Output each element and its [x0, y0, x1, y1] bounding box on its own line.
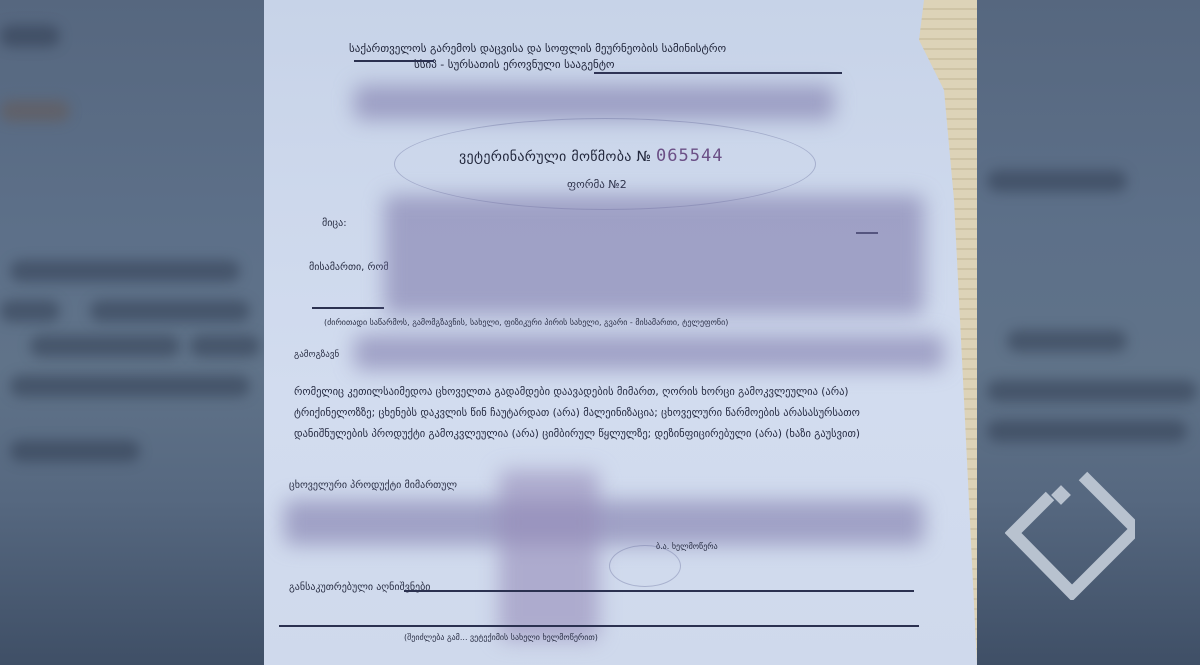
diamond-bracket-logo-icon [1005, 470, 1135, 600]
blurred-background-left [0, 0, 264, 665]
certificate-title: ვეტერინარული მოწმობა № 065544 [459, 146, 723, 166]
field-name-address-label: მისამართი, რომ [309, 262, 389, 273]
footer-note: (შეიძლება გამ... ვეტექიმის სახელი ხელმოწ… [404, 633, 598, 642]
redacted-region [354, 335, 944, 370]
certificate-title-text: ვეტერინარული მოწმობა № [459, 149, 651, 165]
header-underline-left [354, 60, 434, 62]
form-label: ფორმა №2 [567, 178, 627, 191]
certificate-number: 065544 [656, 146, 723, 166]
redacted-region [284, 500, 924, 545]
redacted-region [354, 85, 834, 120]
redacted-region [384, 195, 924, 315]
field-line [312, 307, 384, 309]
header-underline-right [594, 72, 842, 74]
ministry-header: საქართველოს გარემოს დაცვისა და სოფლის მე… [349, 42, 726, 55]
field-issued-to-label: მიცა: [322, 218, 347, 229]
stamp-caption: ბ.ა. ხელმოწერა [656, 542, 718, 551]
certificate-body-paragraph: რომელიც კეთილსაიმედოა ცხოველთა გადამდები… [294, 382, 894, 445]
note-line: (ძირითადი საწარმოს, გამომგზავნის, სახელი… [324, 318, 728, 327]
special-marks-line [404, 590, 914, 592]
signature-line [279, 625, 919, 627]
redacted-region [499, 470, 599, 640]
field-sent-label: გამოგზავნ [294, 350, 339, 360]
field-product-label: ცხოველური პროდუქტი მიმართულ [289, 480, 457, 491]
stamp-outline [609, 545, 681, 587]
certificate-paper: საქართველოს გარემოს დაცვისა და სოფლის მე… [264, 0, 977, 665]
document-photo: საქართველოს გარემოს დაცვისა და სოფლის მე… [264, 0, 977, 665]
agency-header: სსიპ - სურსათის ეროვნული სააგენტო [414, 58, 615, 71]
